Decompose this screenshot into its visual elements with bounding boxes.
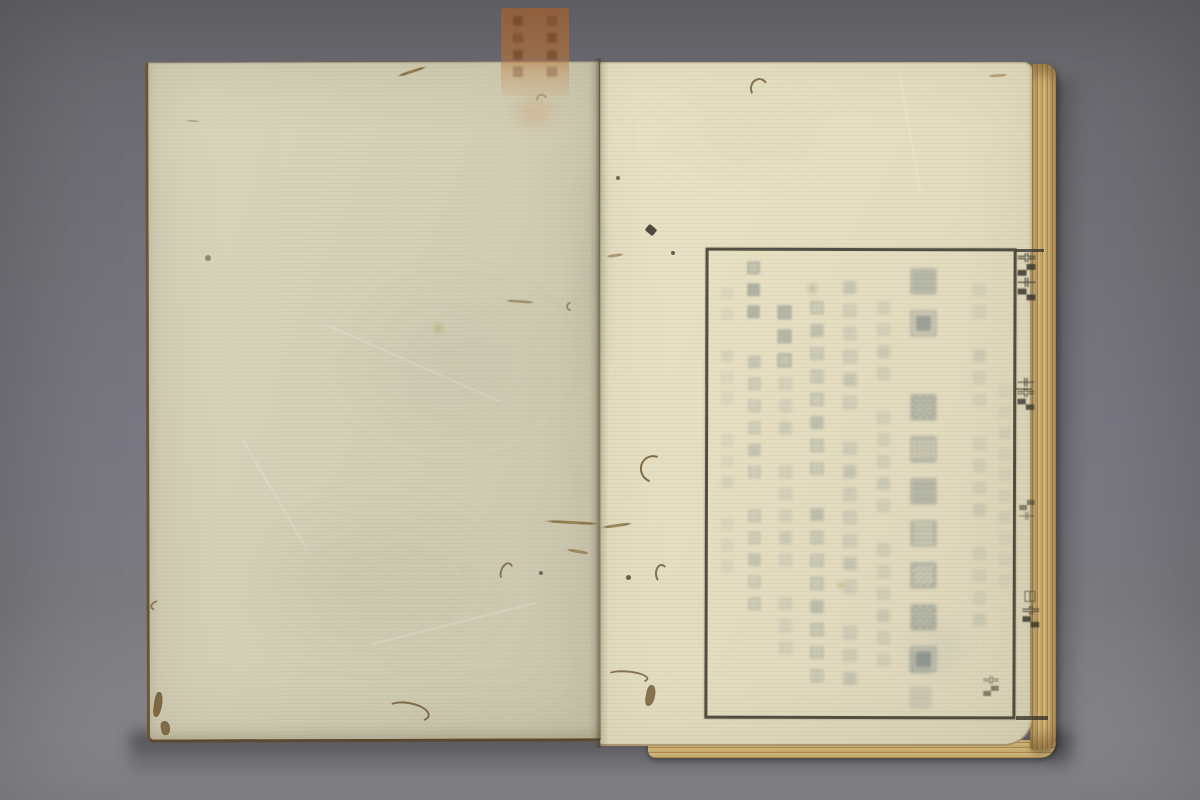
show-through-column: ▥▤▦▧▤▥▦▤▧▥	[996, 381, 1013, 591]
show-through-column: ▥▤▦▧ ▤▥▨▦▤ ▧▥▤▦▧▤	[874, 297, 894, 671]
collection-label: ▤▦▩▤ ▩▤▦▥	[501, 8, 569, 96]
show-through-column: ▦▧▤▥▦▤ ▧▥▦▤▨	[745, 351, 765, 615]
wormhole-mark	[616, 176, 620, 180]
show-through-column: ▤▥ ▦▤▧ ▥▤▦ ▤▥▧	[718, 283, 736, 577]
show-through-column: ▩▦▨	[774, 301, 796, 373]
banxin-bottom-rule	[1016, 716, 1048, 720]
fold-edge-characters: ╬▚	[981, 676, 999, 698]
gutter-fold	[589, 58, 609, 748]
wormhole-mark	[205, 255, 211, 261]
crease-line	[241, 437, 307, 550]
label-text-column: ▩▤▦▥	[511, 13, 525, 96]
fore-edge-page-stack	[1030, 64, 1056, 750]
photo-stage: ▦▣ ▩▥▦▤▧▩▣▩▦▤▥ ▦▧▤ ▥▨▤▦ ▧▤▥▦▥▤▦▧▤▥▦▤▧▥▥▤…	[0, 0, 1200, 800]
wormhole-mark	[655, 564, 668, 583]
show-through-column: ▦▣ ▩▥▦▤▧▩▣	[904, 259, 944, 679]
show-through-column: ▩▦	[904, 643, 938, 715]
crease-line	[372, 602, 537, 645]
left-page	[145, 61, 601, 742]
wormhole-mark	[626, 575, 631, 580]
show-through-column: ▨▩▦	[744, 257, 764, 323]
fold-edge-characters: ▚╪	[1017, 500, 1035, 522]
show-through-column: ▦▤▥▧▦▨ ▤▦▥▧▤▦▥ ▨▤▦	[840, 277, 861, 691]
fold-edge-characters: ◫╬▞	[1020, 588, 1039, 629]
fold-edge-characters: ╬▚╪▞	[1016, 253, 1036, 302]
show-through-column: ▧▦▤▥▨▦▧▤ ▦▥▤▧▦▨▤▥	[807, 297, 828, 688]
wormhole-mark	[671, 251, 675, 255]
show-through-text-area: ▦▣ ▩▥▦▤▧▩▣▩▦▤▥ ▦▧▤ ▥▨▤▦ ▧▤▥▦▥▤▦▧▤▥▦▤▧▥▥▤…	[708, 251, 1013, 716]
show-through-column: ▤▥▦ ▧▤▥▦▤ ▨▥▤	[776, 373, 796, 659]
wormhole-mark	[539, 571, 543, 575]
crease-line	[327, 325, 501, 403]
show-through-column: ▤▥ ▦▧▤ ▥▨▤▦ ▧▤▥▦	[970, 279, 990, 631]
fold-edge-characters: ╪╬▞	[1015, 378, 1034, 412]
label-text-column: ▤▦▩▤	[545, 13, 559, 96]
fold-crease-line	[1030, 250, 1032, 720]
crease-line	[899, 74, 921, 192]
paper-texture	[148, 62, 601, 739]
